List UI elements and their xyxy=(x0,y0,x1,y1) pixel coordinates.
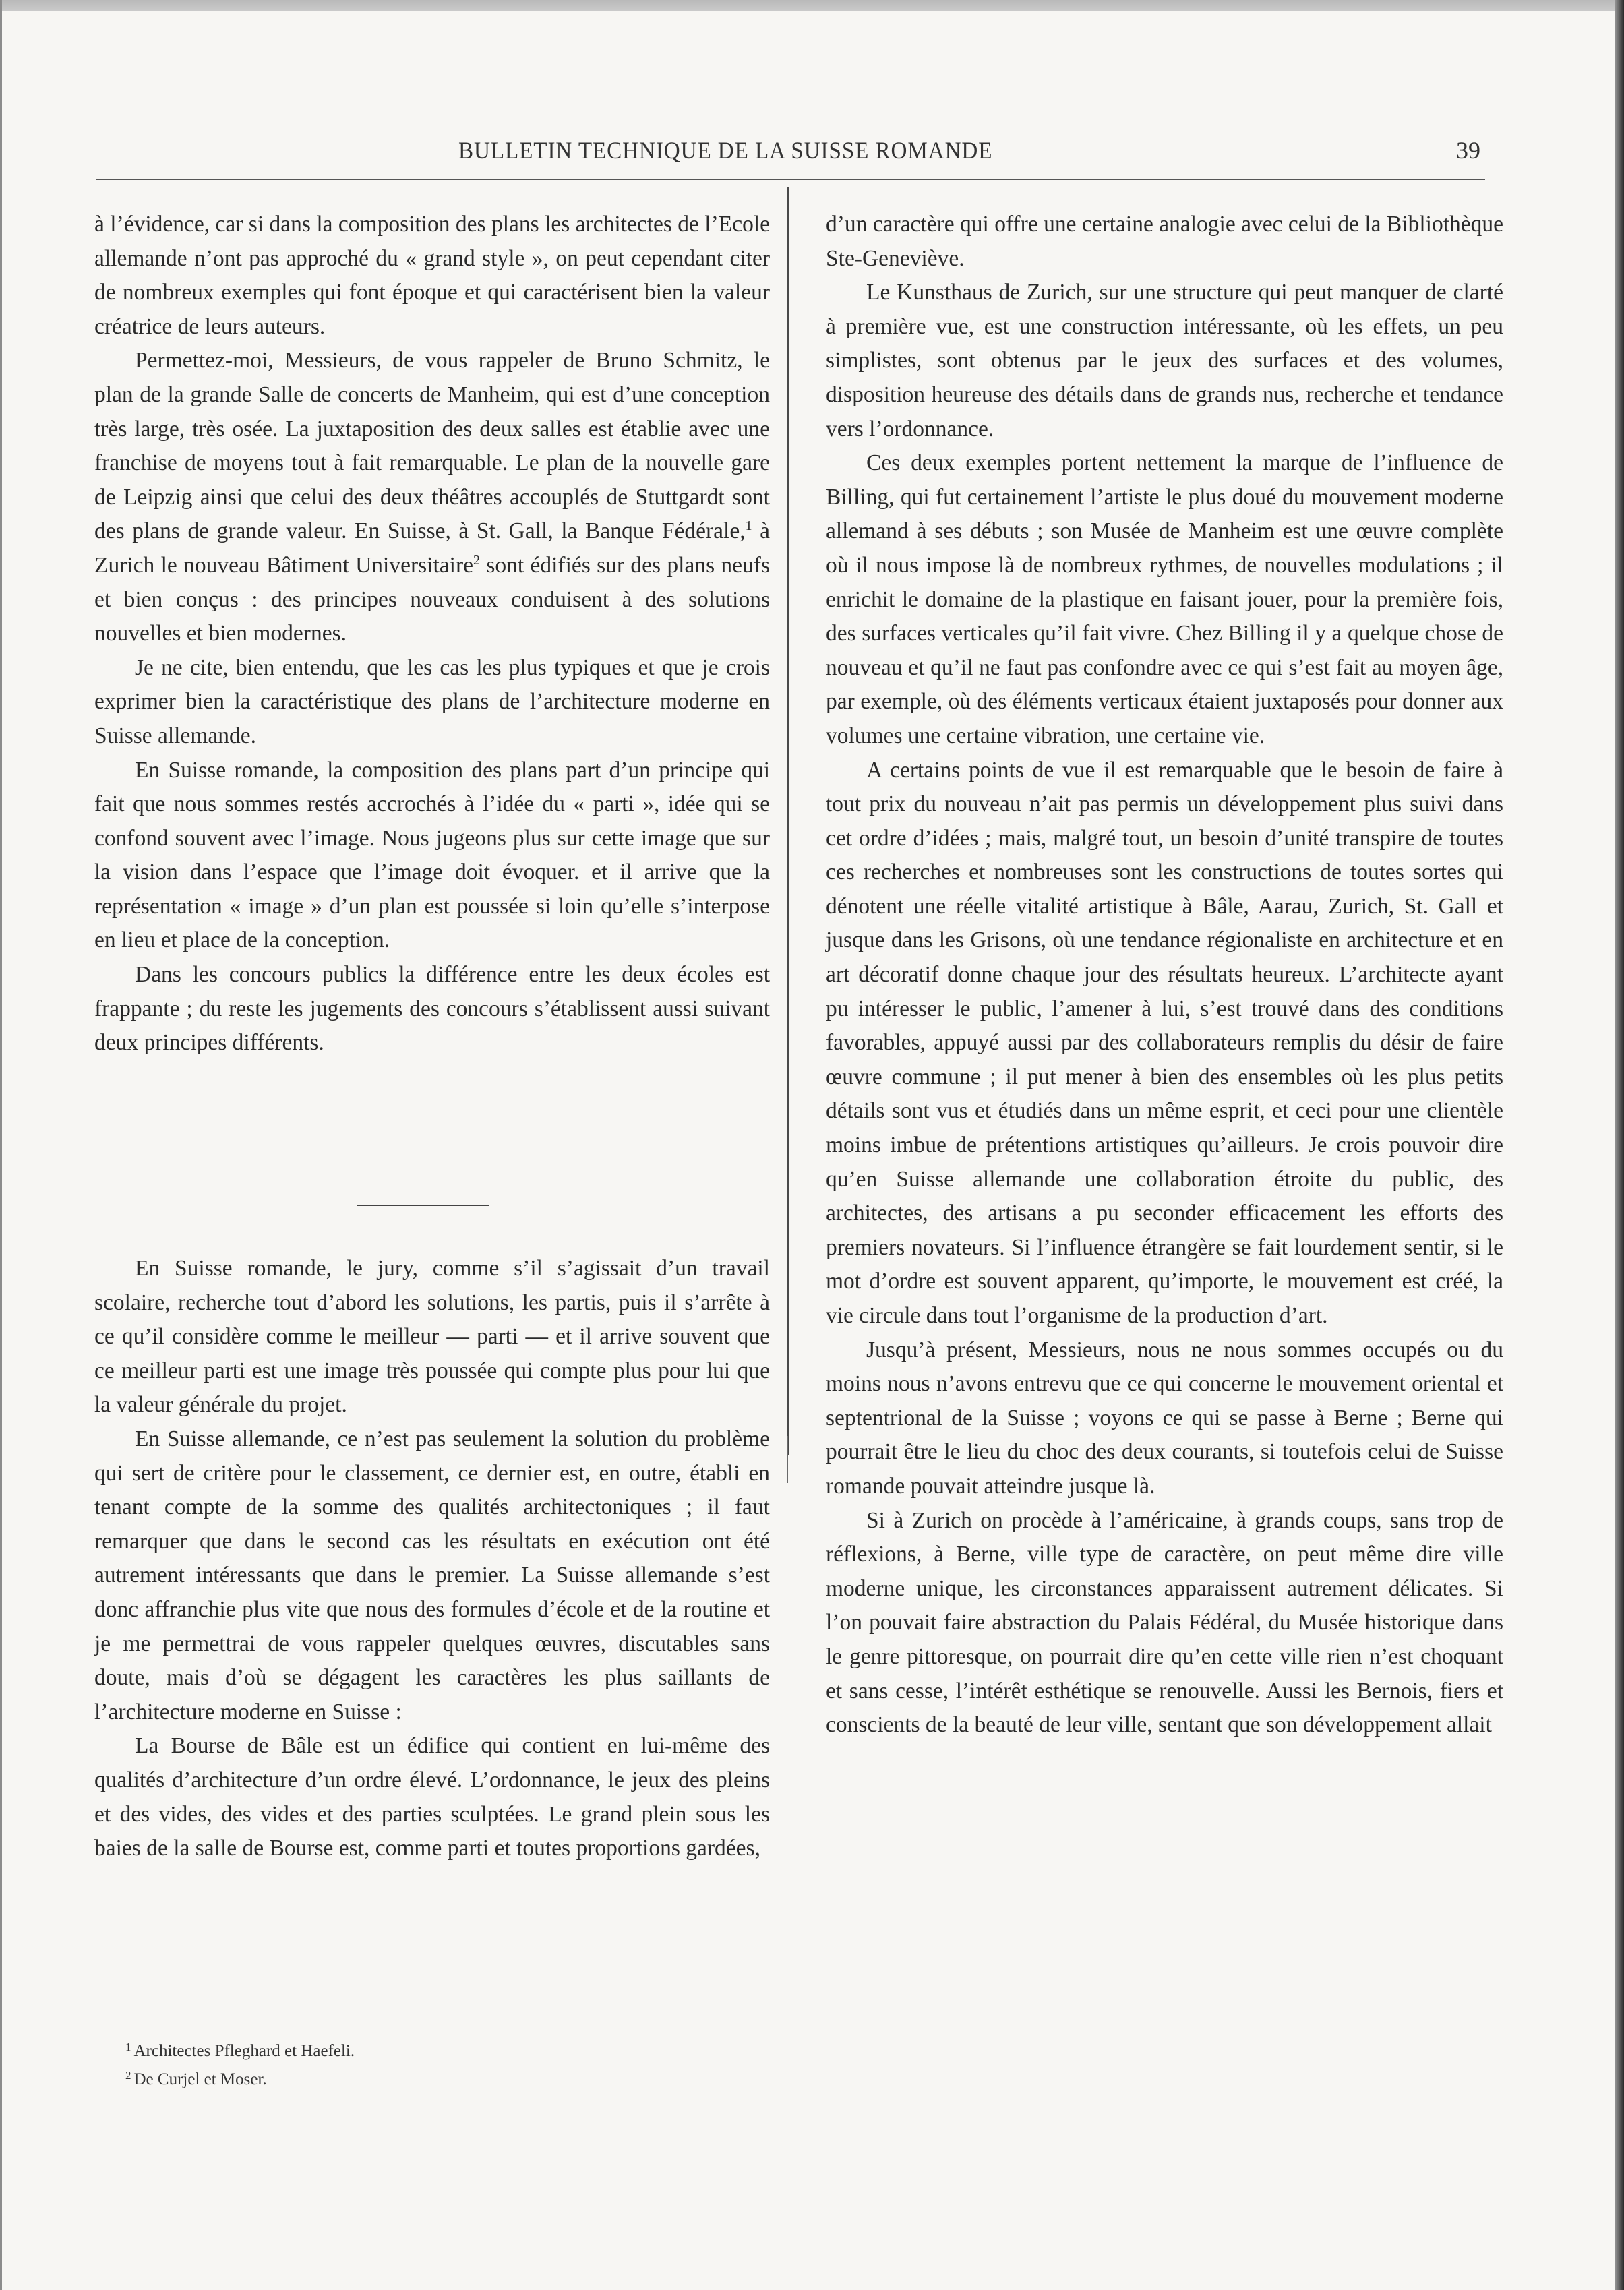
scan-top-edge xyxy=(0,0,1624,11)
paragraph: En Suisse romande, la composition des pl… xyxy=(94,754,770,959)
paragraph: Jusqu’à présent, Messieurs, nous ne nous… xyxy=(826,1333,1503,1504)
right-column: d’un caractère qui offre une certaine an… xyxy=(826,208,1503,1743)
footnote-2: 2De Curjel et Moser. xyxy=(125,2066,355,2094)
paragraph: Le Kunsthaus de Zurich, sur une structur… xyxy=(826,276,1503,446)
footnote-ref-1[interactable]: 1 xyxy=(746,518,752,533)
paragraph: En Suisse romande, le jury, comme s’il s… xyxy=(94,1252,770,1422)
paragraph: Si à Zurich on procède à l’américaine, à… xyxy=(826,1504,1503,1743)
journal-title: BULLETIN TECHNIQUE DE LA SUISSE ROMANDE xyxy=(458,136,992,164)
column-divider xyxy=(787,187,789,1455)
running-header: BULLETIN TECHNIQUE DE LA SUISSE ROMANDE … xyxy=(96,133,1483,174)
paragraph: Je ne cite, bien entendu, que les cas le… xyxy=(94,651,770,754)
paragraph: à l’évidence, car si dans la composition… xyxy=(94,208,770,344)
paragraph: La Bourse de Bâle est un édifice qui con… xyxy=(94,1729,770,1865)
footnotes: 1Architectes Pfleghard et Haefeli. 2De C… xyxy=(125,2037,355,2094)
footnote-1: 1Architectes Pfleghard et Haefeli. xyxy=(125,2037,355,2066)
scan-left-edge xyxy=(0,0,2,2290)
paragraph: d’un caractère qui offre une certaine an… xyxy=(826,208,1503,276)
scan-right-edge xyxy=(1615,0,1624,2290)
page-number: 39 xyxy=(1456,136,1480,164)
left-column-continued: En Suisse romande, le jury, comme s’il s… xyxy=(94,1252,770,1866)
footnote-ref-2[interactable]: 2 xyxy=(473,553,480,568)
paragraph-with-footnote-refs: Permettez-moi, Messieurs, de vous rappel… xyxy=(94,344,770,651)
header-rule xyxy=(96,179,1485,180)
paragraph: A certains points de vue il est remarqua… xyxy=(826,754,1503,1333)
column-divider-lower xyxy=(787,1436,788,1483)
paragraph: Dans les concours publics la différence … xyxy=(94,958,770,1060)
paragraph: En Suisse allemande, ce n’est pas seulem… xyxy=(94,1422,770,1729)
paragraph: Ces deux exemples portent nettement la m… xyxy=(826,446,1503,753)
section-separator-rule xyxy=(357,1205,489,1206)
left-column: à l’évidence, car si dans la composition… xyxy=(94,208,770,1060)
